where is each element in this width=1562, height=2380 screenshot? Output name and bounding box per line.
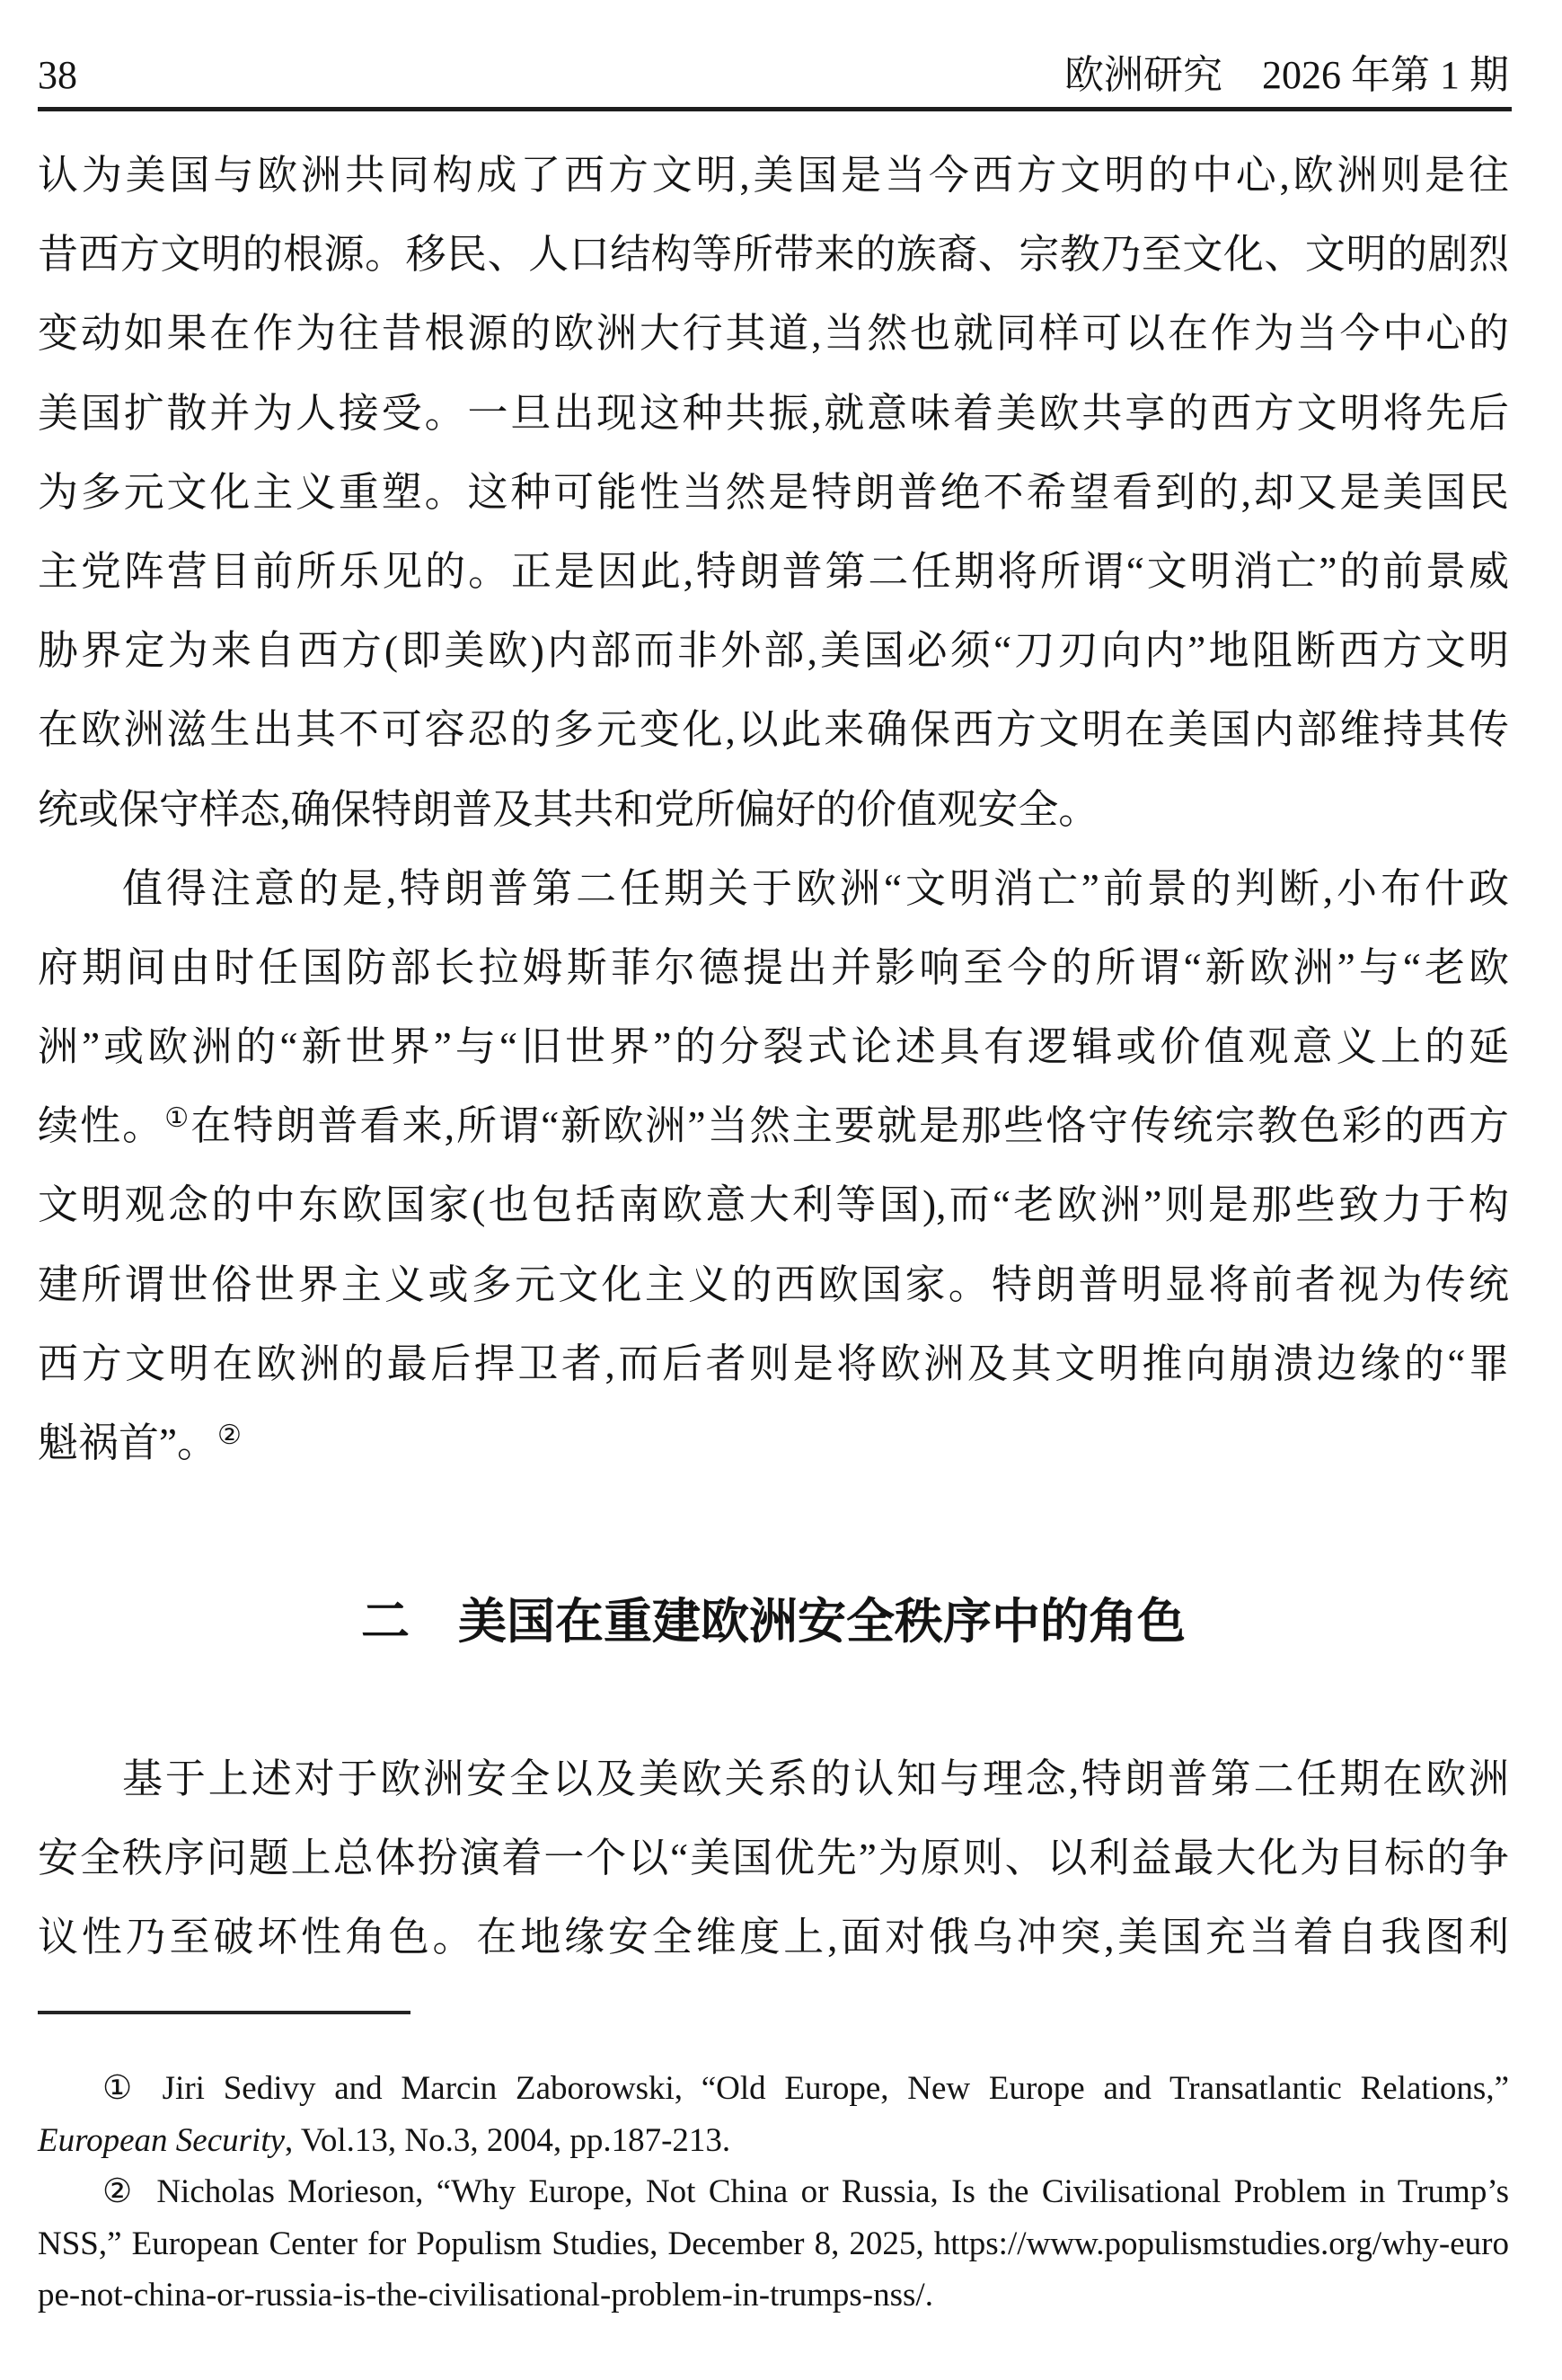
page-header: 38 欧洲研究 2026 年第 1 期 bbox=[38, 56, 1509, 95]
body-line: 西方文明在欧洲的最后捍卫者,而后者则是将欧洲及其文明推向崩溃边缘的“罪 bbox=[38, 1324, 1509, 1403]
body-line-segment: 在特朗普看来,所谓“新欧洲”当然主要就是那些恪守传统宗教色彩的西方 bbox=[190, 1103, 1509, 1148]
body-line: 建所谓世俗世界主义或多元文化主义的西欧国家。特朗普明显将前者视为传统 bbox=[38, 1245, 1509, 1324]
body-line: 主党阵营目前所乐见的。正是因此,特朗普第二任期将所谓“文明消亡”的前景威 bbox=[38, 532, 1509, 611]
body-line: 洲”或欧洲的“新世界”与“旧世界”的分裂式论述具有逻辑或价值观意义上的延 bbox=[38, 1007, 1509, 1086]
header-rule bbox=[38, 107, 1512, 111]
section-number: 二 bbox=[361, 1595, 410, 1649]
journal-page: 38 欧洲研究 2026 年第 1 期 认为美国与欧洲共同构成了西方文明,美国是… bbox=[0, 0, 1562, 2380]
page-number: 38 bbox=[38, 56, 77, 95]
body-text-upper: 认为美国与欧洲共同构成了西方文明,美国是当今西方文明的中心,欧洲则是往 昔西方文… bbox=[38, 136, 1509, 1482]
body-line-segment: 续性。 bbox=[38, 1103, 164, 1148]
body-line: 为多元文化主义重塑。这种可能性当然是特朗普绝不希望看到的,却又是美国民 bbox=[38, 453, 1509, 532]
footnote-1-marker: ① bbox=[102, 2070, 143, 2107]
section-heading: 二美国在重建欧洲安全秩序中的角色 bbox=[38, 1582, 1509, 1661]
body-line: 变动如果在作为往昔根源的欧洲大行其道,当然也就同样可以在作为当今中心的 bbox=[38, 294, 1509, 373]
journal-issue: 欧洲研究 2026 年第 1 期 bbox=[1064, 56, 1509, 95]
footnote-1-text-tail: , Vol.13, No.3, 2004, pp.187-213. bbox=[285, 2122, 730, 2159]
footnote-reference-2: ② bbox=[217, 1420, 242, 1450]
body-line: 认为美国与欧洲共同构成了西方文明,美国是当今西方文明的中心,欧洲则是往 bbox=[38, 136, 1509, 215]
body-line: 值得注意的是,特朗普第二任期关于欧洲“文明消亡”前景的判断,小布什政 bbox=[38, 849, 1509, 928]
body-line: 议性乃至破坏性角色。在地缘安全维度上,面对俄乌冲突,美国充当着自我图利 bbox=[38, 1898, 1509, 1977]
body-line-segment: 魁祸首”。 bbox=[38, 1420, 217, 1465]
body-line: 昔西方文明的根源。移民、人口结构等所带来的族裔、宗教乃至文化、文明的剧烈 bbox=[38, 215, 1509, 294]
footnote-2: ②Nicholas Morieson, “Why Europe, Not Chi… bbox=[38, 2166, 1509, 2322]
footnote-reference-1: ① bbox=[164, 1103, 190, 1133]
footnote-2-period: . bbox=[925, 2277, 933, 2314]
body-text-lower: 基于上述对于欧洲安全以及美欧关系的认知与理念,特朗普第二任期在欧洲 安全秩序问题… bbox=[38, 1739, 1509, 1977]
body-line: 胁界定为来自西方(即美欧)内部而非外部,美国必须“刀刃向内”地阻断西方文明 bbox=[38, 611, 1509, 690]
footnote-1: ①Jiri Sedivy and Marcin Zaborowski, “Old… bbox=[38, 2063, 1509, 2166]
footnote-1-text: Jiri Sedivy and Marcin Zaborowski, “Old … bbox=[163, 2070, 1509, 2107]
body-line: 魁祸首”。② bbox=[38, 1403, 1509, 1482]
body-line: 美国扩散并为人接受。一旦出现这种共振,就意味着美欧共享的西方文明将先后 bbox=[38, 374, 1509, 453]
body-line: 基于上述对于欧洲安全以及美欧关系的认知与理念,特朗普第二任期在欧洲 bbox=[38, 1739, 1509, 1818]
footnote-1-journal-name: European Security bbox=[38, 2122, 285, 2159]
body-line: 府期间由时任国防部长拉姆斯菲尔德提出并影响至今的所谓“新欧洲”与“老欧 bbox=[38, 928, 1509, 1007]
footnotes: ①Jiri Sedivy and Marcin Zaborowski, “Old… bbox=[38, 2063, 1509, 2322]
body-line: 安全秩序问题上总体扮演着一个以“美国优先”为原则、以利益最大化为目标的争 bbox=[38, 1818, 1509, 1898]
section-title: 美国在重建欧洲安全秩序中的角色 bbox=[458, 1595, 1186, 1649]
footnote-2-marker: ② bbox=[102, 2173, 137, 2210]
body-line: 续性。①在特朗普看来,所谓“新欧洲”当然主要就是那些恪守传统宗教色彩的西方 bbox=[38, 1086, 1509, 1165]
body-line: 在欧洲滋生出其不可容忍的多元变化,以此来确保西方文明在美国内部维持其传 bbox=[38, 690, 1509, 769]
footnote-separator bbox=[38, 2011, 410, 2014]
body-line: 文明观念的中东欧国家(也包括南欧意大利等国),而“老欧洲”则是那些致力于构 bbox=[38, 1165, 1509, 1244]
body-line: 统或保守样态,确保特朗普及其共和党所偏好的价值观安全。 bbox=[38, 770, 1509, 849]
